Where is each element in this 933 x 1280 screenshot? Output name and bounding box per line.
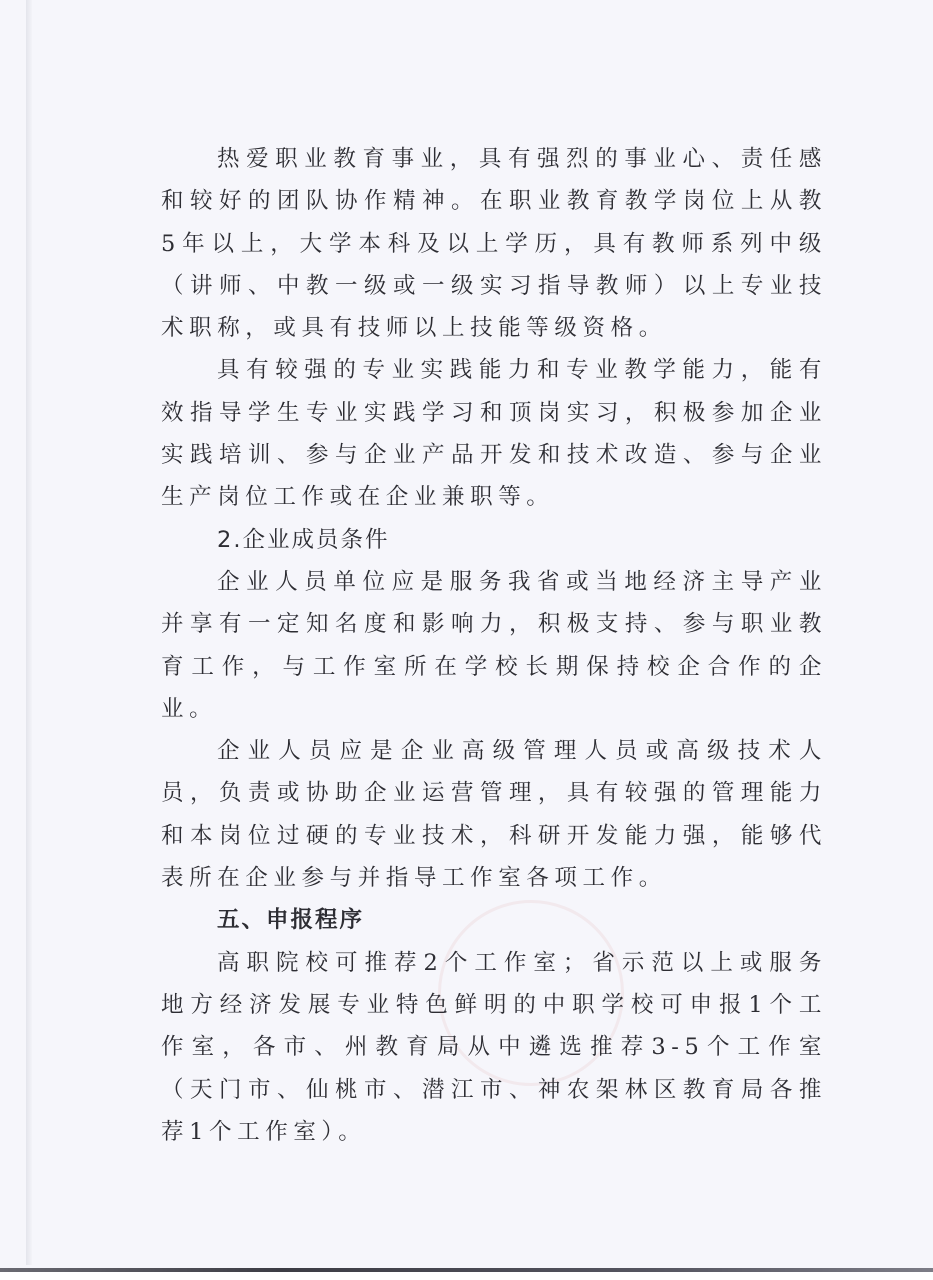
paragraph-teacher-qualifications: 热爱职业教育事业，具有强烈的事业心、责任感和较好的团队协作精神。在职业教育教学岗…: [161, 138, 827, 349]
page-left-edge-shadow: [26, 0, 32, 1265]
paragraph-practical-ability: 具有较强的专业实践能力和专业教学能力，能有效指导学生专业实践学习和顶岗实习，积极…: [161, 349, 827, 518]
document-body: 热爱职业教育事业，具有强烈的事业心、责任感和较好的团队协作精神。在职业教育教学岗…: [161, 138, 827, 1153]
scan-bottom-margin: [0, 1272, 933, 1280]
scanned-page: 热爱职业教育事业，具有强烈的事业心、责任感和较好的团队协作精神。在职业教育教学岗…: [0, 0, 933, 1280]
paragraph-application-quota: 高职院校可推荐2个工作室；省示范以上或服务地方经济发展专业特色鲜明的中职学校可申…: [161, 942, 827, 1153]
paragraph-enterprise-personnel: 企业人员应是企业高级管理人员或高级技术人员，负责或协助企业运营管理，具有较强的管…: [161, 730, 827, 899]
paragraph-enterprise-unit: 企业人员单位应是服务我省或当地经济主导产业并享有一定知名度和影响力，积极支持、参…: [161, 561, 827, 730]
section-heading-application-procedure: 五、申报程序: [161, 899, 827, 941]
subheading-enterprise-member-conditions: 2.企业成员条件: [161, 519, 827, 561]
